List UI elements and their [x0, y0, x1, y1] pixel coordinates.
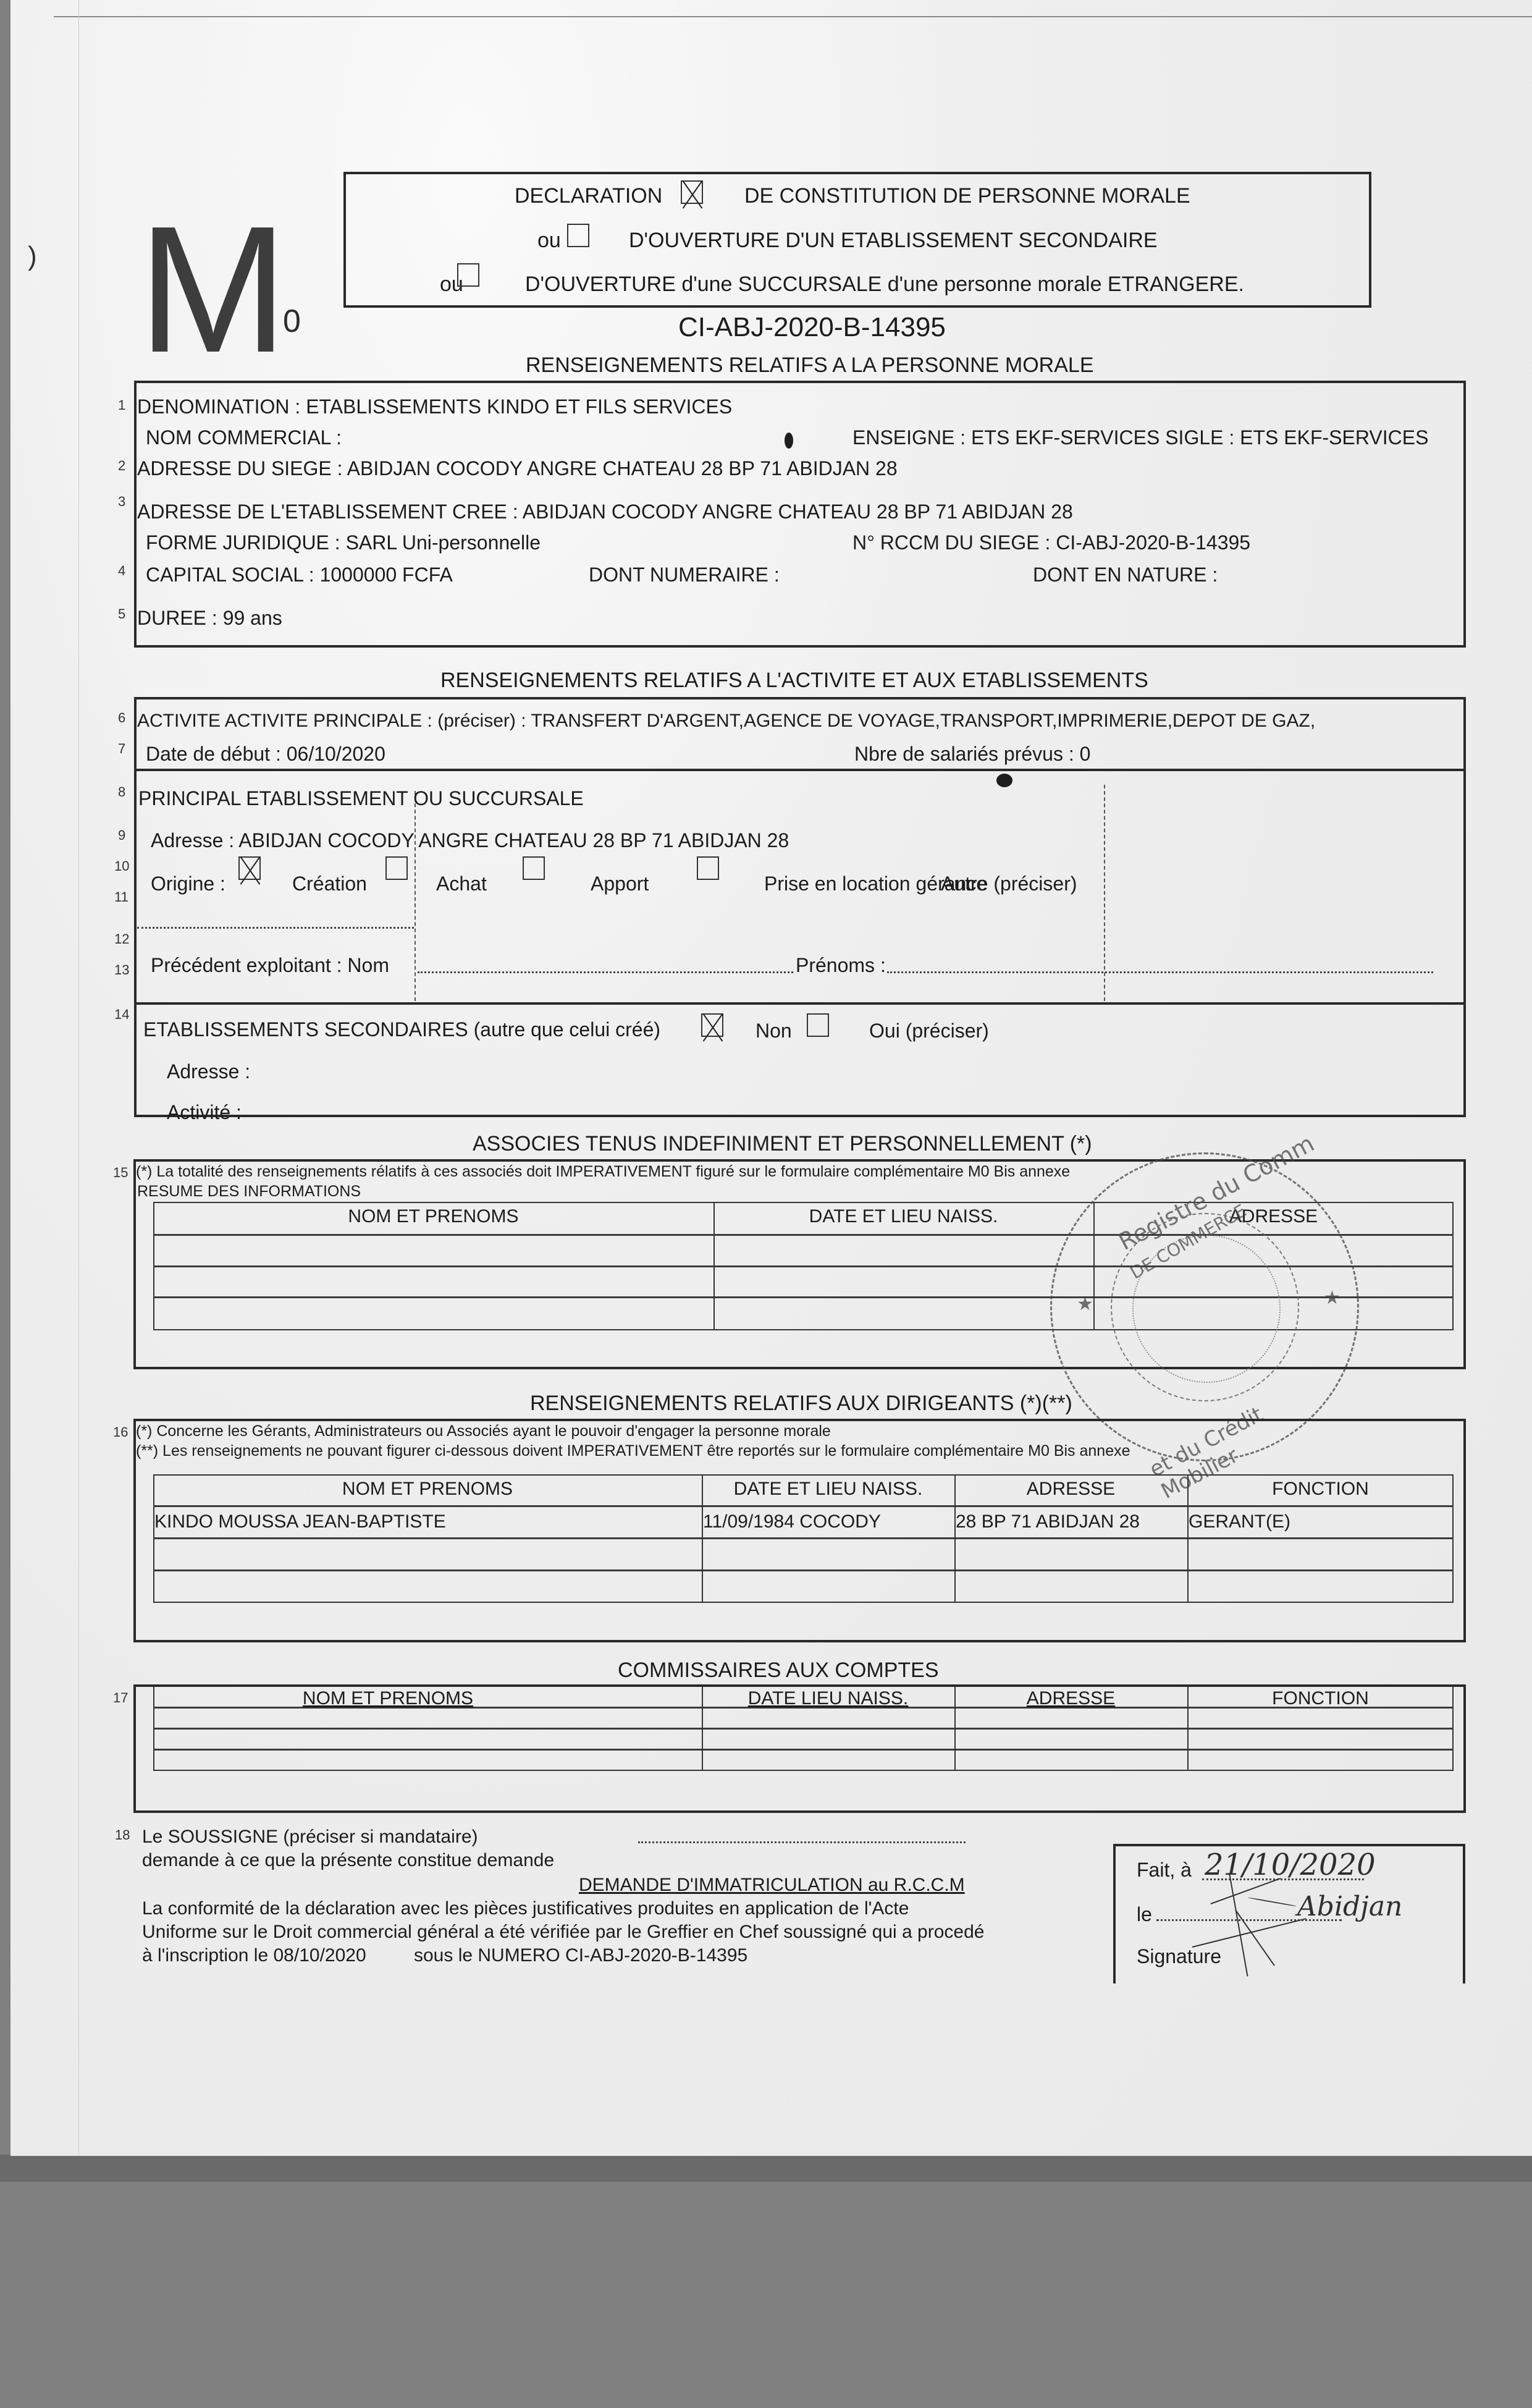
declaration-etablissement-secondaire-checkbox[interactable]: [567, 224, 589, 247]
dirigeant-row-1-fonction: GERANT(E): [1189, 1511, 1290, 1532]
section-title-associes: ASSOCIES TENUS INDEFINIMENT ET PERSONNEL…: [473, 1132, 1092, 1155]
line-number: 3: [118, 494, 125, 509]
duree-field: DUREE : 99 ans: [137, 607, 282, 629]
adresse-etablissement-field: ADRESSE DE L'ETABLISSEMENT CREE : ABIDJA…: [137, 501, 1073, 523]
declaration-line3-text: D'OUVERTURE d'une SUCCURSALE d'une perso…: [525, 272, 1244, 296]
capital-social-field: CAPITAL SOCIAL : 1000000 FCFA: [146, 564, 453, 586]
line-number: 14: [114, 1007, 129, 1022]
margin-rule: [78, 0, 79, 2156]
le-label: le: [1137, 1903, 1152, 1925]
dirigeant-row-1-date: 11/09/1984 COCODY: [703, 1511, 881, 1532]
column-guide: [1104, 785, 1105, 1001]
section-title-dirigeants: RENSEIGNEMENTS RELATIFS AUX DIRIGEANTS (…: [530, 1392, 1072, 1415]
table-rule: [153, 1728, 1454, 1730]
commissaires-col-fonction: FONCTION: [1187, 1688, 1454, 1709]
origine-apport-label: Apport: [591, 872, 649, 895]
inscription-numero: sous le NUMERO CI-ABJ-2020-B-14395: [414, 1945, 747, 1966]
nom-commercial-field: NOM COMMERCIAL :: [146, 426, 342, 449]
dirigeant-row-1-adresse: 28 BP 71 ABIDJAN 28: [956, 1511, 1140, 1532]
dirigeants-col-nom: NOM ET PRENOMS: [153, 1479, 702, 1500]
line-number: 16: [113, 1425, 128, 1440]
soussigne-input[interactable]: [638, 1841, 966, 1843]
line-number: 13: [114, 963, 129, 978]
nbre-salaries-field: Nbre de salariés prévus : 0: [854, 743, 1090, 765]
date-debut-field: Date de début : 06/10/2020: [146, 743, 385, 765]
origine-autre-label: Autre (préciser): [941, 872, 1077, 895]
dirigeants-note-1: (*) Concerne les Gérants, Administrateur…: [136, 1422, 831, 1440]
registry-stamp: Registre du Comm et du Crédit Mobilier D…: [1050, 1152, 1359, 1461]
dirigeants-col-fonction: FONCTION: [1187, 1479, 1454, 1500]
declaration-line1-text: DE CONSTITUTION DE PERSONNE MORALE: [744, 184, 1190, 208]
line-number: 18: [115, 1828, 130, 1843]
etablissements-secondaires-label: ETABLISSEMENTS SECONDAIRES (autre que ce…: [143, 1018, 660, 1041]
line-number: 15: [113, 1165, 128, 1180]
top-rule: [54, 16, 1532, 17]
column-guide: [415, 791, 416, 1001]
commissaires-col-nom: NOM ET PRENOMS: [153, 1688, 623, 1709]
pen-mark: ): [28, 241, 37, 272]
registration-number: CI-ABJ-2020-B-14395: [678, 313, 946, 342]
stamp-star-icon: ★: [1324, 1287, 1340, 1309]
form-code-letter: M: [138, 199, 284, 379]
declaration-line1-prefix: DECLARATION: [515, 184, 662, 208]
line-number: 10: [114, 859, 129, 874]
line-number: 5: [118, 607, 125, 622]
secondaires-non-label: Non: [755, 1020, 792, 1042]
line-number: 9: [118, 828, 125, 843]
le-handwritten-place: Abidjan: [1297, 1891, 1402, 1922]
declaration-succursale-checkbox[interactable]: [457, 263, 479, 287]
soussigne-label: Le SOUSSIGNE (préciser si mandataire): [142, 1827, 478, 1848]
ink-blot: [785, 433, 793, 449]
secondaires-non-checkbox[interactable]: [701, 1013, 723, 1037]
section-title-commissaires: COMMISSAIRES AUX COMPTES: [618, 1658, 939, 1682]
stamp-star-icon: ★: [1077, 1293, 1093, 1315]
activite-principale-field: ACTIVITE ACTIVITE PRINCIPALE : (préciser…: [137, 711, 1315, 732]
line-number: 6: [118, 711, 125, 725]
inscription-date: à l'inscription le 08/10/2020: [142, 1945, 366, 1966]
rccm-siege-field: N° RCCM DU SIEGE : CI-ABJ-2020-B-14395: [852, 531, 1250, 554]
dirigeants-note-2: (**) Les renseignements ne pouvant figur…: [136, 1442, 1130, 1460]
dont-numeraire-field: DONT NUMERAIRE :: [589, 564, 780, 586]
line-number: 1: [118, 398, 125, 413]
line-number: 4: [118, 564, 125, 578]
conformite-line-2: Uniforme sur le Droit commercial général…: [142, 1922, 984, 1943]
secondaires-oui-label: Oui (préciser): [869, 1020, 989, 1042]
adresse-siege-field: ADRESSE DU SIEGE : ABIDJAN COCODY ANGRE …: [137, 457, 898, 479]
denomination-field: DENOMINATION : ETABLISSEMENTS KINDO ET F…: [137, 395, 732, 418]
dont-nature-field: DONT EN NATURE :: [1033, 564, 1218, 586]
line-number: 12: [114, 932, 129, 947]
line-number: 8: [118, 785, 125, 800]
line-number: 7: [118, 741, 125, 756]
autre-preciser-line[interactable]: [137, 927, 414, 929]
conformite-line-1: La conformité de la déclaration avec les…: [142, 1898, 909, 1919]
form-code-sub: 0: [283, 305, 301, 337]
table-rule: [153, 1749, 1454, 1751]
table-rule: [153, 1505, 1454, 1507]
origine-apport-checkbox[interactable]: [523, 856, 545, 880]
section-title-activite: RENSEIGNEMENTS RELATIFS A L'ACTIVITE ET …: [440, 669, 1148, 692]
dirigeants-col-date: DATE ET LIEU NAISS.: [702, 1479, 954, 1500]
secondaires-oui-checkbox[interactable]: [807, 1013, 829, 1037]
demande-immatriculation-title: DEMANDE D'IMMATRICULATION au R.C.C.M: [579, 1875, 965, 1896]
origine-achat-label: Achat: [436, 872, 487, 895]
table-rule: [153, 1569, 1454, 1571]
origine-creation-checkbox[interactable]: [238, 856, 261, 880]
line-number: 17: [113, 1691, 128, 1705]
precedent-prenoms-input[interactable]: [887, 971, 1433, 973]
line-number: 2: [118, 458, 125, 473]
forme-juridique-field: FORME JURIDIQUE : SARL Uni-personnelle: [146, 531, 541, 554]
origine-location-gerance-checkbox[interactable]: [697, 856, 719, 880]
origine-creation-label: Création: [292, 872, 367, 895]
section-title-personne-morale: RENSEIGNEMENTS RELATIFS A LA PERSONNE MO…: [526, 353, 1094, 377]
associes-col-nom: NOM ET PRENOMS: [153, 1206, 713, 1227]
prenoms-label: Prénoms :: [796, 954, 886, 976]
scan-bottom-strip: [0, 2155, 1532, 2182]
secondaires-adresse-label: Adresse :: [167, 1060, 250, 1083]
table-rule: [153, 1537, 1454, 1539]
precedent-exploitant-label: Précédent exploitant : Nom: [151, 954, 389, 976]
associes-col-date: DATE ET LIEU NAISS.: [713, 1206, 1093, 1227]
declaration-constitution-checkbox[interactable]: [681, 180, 703, 204]
dirigeant-row-1-nom: KINDO MOUSSA JEAN-BAPTISTE: [154, 1511, 446, 1532]
declaration-line2-prefix: ou: [537, 229, 561, 252]
secondaires-activite-label: Activité :: [167, 1101, 242, 1123]
associes-note: (*) La totalité des renseignements rélat…: [136, 1163, 1070, 1180]
commissaires-col-date: DATE LIEU NAISS.: [702, 1688, 954, 1709]
dirigeants-col-adresse: ADRESSE: [954, 1479, 1187, 1500]
origine-label: Origine :: [151, 872, 225, 895]
demande-line: demande à ce que la présente constitue d…: [142, 1850, 554, 1871]
principal-adresse-field: Adresse : ABIDJAN COCODY ANGRE CHATEAU 2…: [151, 829, 789, 851]
precedent-nom-input[interactable]: [418, 971, 793, 973]
line-number: 11: [114, 890, 128, 905]
commissaires-col-adresse: ADRESSE: [954, 1688, 1187, 1709]
enseigne-sigle-field: ENSEIGNE : ETS EKF-SERVICES SIGLE : ETS …: [852, 426, 1428, 449]
associes-resume-label: RESUME DES INFORMATIONS: [137, 1183, 361, 1200]
origine-achat-checkbox[interactable]: [385, 856, 408, 880]
signature-label: Signature: [1137, 1945, 1221, 1967]
principal-etablissement-label: PRINCIPAL ETABLISSEMENT OU SUCCURSALE: [138, 787, 584, 809]
fait-a-label: Fait, à: [1137, 1859, 1192, 1881]
declaration-line2-text: D'OUVERTURE D'UN ETABLISSEMENT SECONDAIR…: [629, 229, 1158, 252]
